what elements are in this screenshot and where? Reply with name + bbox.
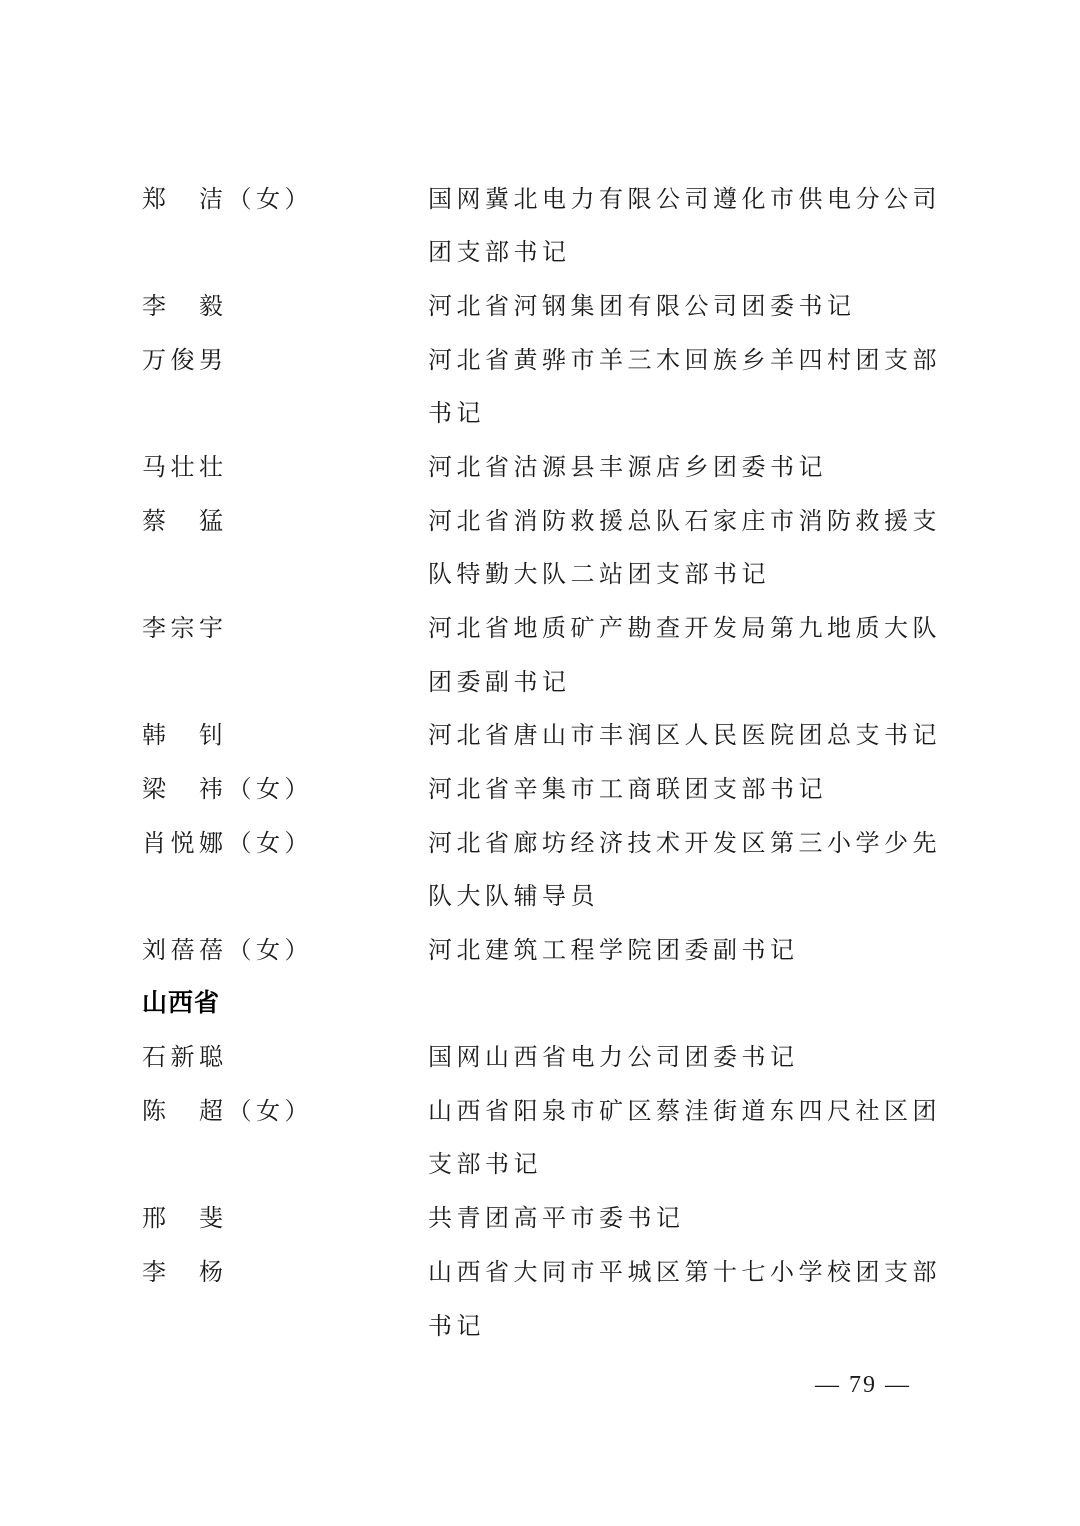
entry-name: 肖悦娜（女） (142, 828, 313, 858)
entry-desc: 河北省辛集市工商联团支部书记 (428, 774, 827, 804)
entry-desc: 书记 (428, 398, 485, 428)
entry-name: 梁 祎（女） (142, 774, 313, 804)
entry-desc: 队大队辅导员 (428, 881, 599, 911)
entry-desc: 河北省河钢集团有限公司团委书记 (428, 291, 856, 321)
entry-desc: 山西省阳泉市矿区蔡洼街道东四尺社区团 (428, 1096, 941, 1126)
entry-name: 李 毅 (142, 291, 228, 321)
entry-desc: 河北省地质矿产勘查开发局第九地质大队 (428, 613, 941, 643)
entry-name: 蔡 猛 (142, 506, 228, 536)
entry-name: 万俊男 (142, 345, 228, 375)
entry-desc: 河北省黄骅市羊三木回族乡羊四村团支部 (428, 345, 941, 375)
entry-name: 韩 钊 (142, 720, 228, 750)
entry-desc: 河北省唐山市丰润区人民医院团总支书记 (428, 720, 941, 750)
entry-name: 石新聪 (142, 1042, 228, 1072)
section-heading-province: 山西省 (142, 988, 220, 1018)
entry-desc: 河北建筑工程学院团委副书记 (428, 935, 799, 965)
entry-name: 陈 超（女） (142, 1096, 313, 1126)
entry-desc: 团委副书记 (428, 667, 571, 697)
entry-desc: 书记 (428, 1311, 485, 1341)
entry-desc: 河北省消防救援总队石家庄市消防救援支 (428, 506, 941, 536)
entry-desc: 团支部书记 (428, 237, 571, 267)
entry-name: 刘蓓蓓（女） (142, 935, 313, 965)
entry-name: 李宗宇 (142, 613, 228, 643)
entry-name: 郑 洁（女） (142, 184, 313, 214)
entry-name: 邢 斐 (142, 1203, 228, 1233)
entry-desc: 队特勤大队二站团支部书记 (428, 559, 770, 589)
document-page: 郑 洁（女） 国网冀北电力有限公司遵化市供电分公司 团支部书记 李 毅 河北省河… (0, 0, 1080, 1526)
entry-desc: 国网冀北电力有限公司遵化市供电分公司 (428, 184, 941, 214)
entry-desc: 山西省大同市平城区第十七小学校团支部 (428, 1257, 941, 1287)
page-number: — 79 — (815, 1370, 911, 1400)
entry-desc: 河北省廊坊经济技术开发区第三小学少先 (428, 828, 941, 858)
entry-name: 李 杨 (142, 1257, 228, 1287)
entry-name: 马壮壮 (142, 452, 228, 482)
entry-desc: 共青团高平市委书记 (428, 1203, 685, 1233)
entry-desc: 河北省沽源县丰源店乡团委书记 (428, 452, 827, 482)
entry-desc: 支部书记 (428, 1149, 542, 1179)
entry-desc: 国网山西省电力公司团委书记 (428, 1042, 799, 1072)
